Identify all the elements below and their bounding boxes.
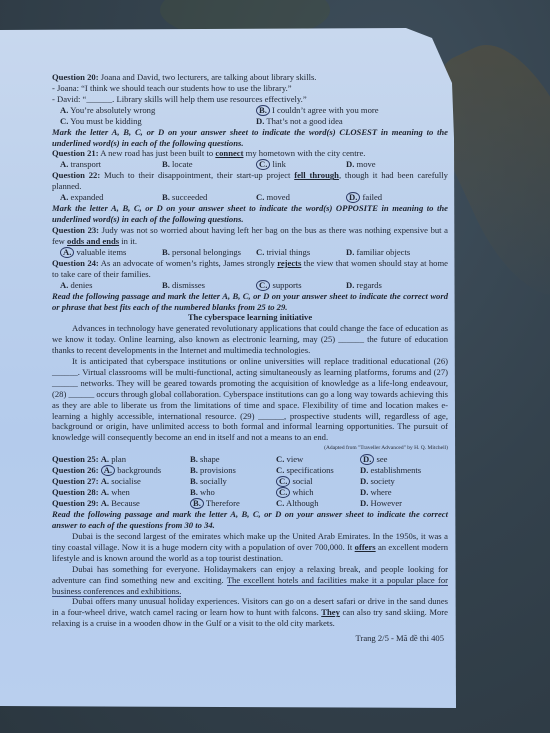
questions-25-29: Question 25: A. planB. shapeC. viewD. se… xyxy=(52,454,448,509)
instruction-opposite: Mark the letter A, B, C, or D on your an… xyxy=(52,203,448,225)
option-a: Question 28: A. when xyxy=(52,487,190,498)
option-d: D. regards xyxy=(346,280,456,291)
option-b: B. shape xyxy=(190,454,276,465)
passage-paragraph: It is anticipated that cyberspace instit… xyxy=(52,356,448,443)
option-d: D. where xyxy=(360,487,460,498)
option-c: C. specifications xyxy=(276,465,360,476)
option-a: A. denies xyxy=(60,280,162,291)
underlined-word: rejects xyxy=(277,258,301,268)
option-c: C. view xyxy=(276,454,360,465)
option-b: B. succeeded xyxy=(162,192,256,203)
question-23: Question 23: Judy was not so worried abo… xyxy=(52,225,448,258)
option-d: D. However xyxy=(360,498,460,509)
option-d: D. move xyxy=(346,159,456,170)
option-d: D. That’s not a good idea xyxy=(256,116,456,127)
passage-paragraph: Advances in technology have generated re… xyxy=(52,323,448,356)
question-row: Question 27: A. socialiseB. sociallyC. s… xyxy=(52,476,448,487)
option-c-circled: C. which xyxy=(276,487,360,498)
option-d: D. society xyxy=(360,476,460,487)
passage-paragraph: Dubai has something for everyone. Holida… xyxy=(52,564,448,597)
question-21: Question 21: A new road has just been bu… xyxy=(52,148,448,170)
option-c-circled: C. supports xyxy=(256,280,346,291)
option-d: D. familiar objects xyxy=(346,247,456,258)
option-a: A. expanded xyxy=(60,192,162,203)
option-c: C. trivial things xyxy=(256,247,346,258)
question-stem: Joana and David, two lecturers, are talk… xyxy=(101,72,317,82)
question-20: Question 20: Joana and David, two lectur… xyxy=(52,72,448,127)
option-a-circled: A. valuable items xyxy=(60,247,162,258)
option-b: B. provisions xyxy=(190,465,276,476)
passage-paragraph: Dubai offers many unusual holiday experi… xyxy=(52,596,448,629)
question-row: Question 28: A. whenB. whoC. whichD. whe… xyxy=(52,487,448,498)
option-d: D. establishments xyxy=(360,465,460,476)
option-a: Question 25: A. plan xyxy=(52,454,190,465)
option-d-circled: D. see xyxy=(360,454,460,465)
option-b: B. dismisses xyxy=(162,280,256,291)
page-footer: Trang 2/5 - Mã đề thi 405 xyxy=(52,633,448,644)
option-a: A. transport xyxy=(60,159,162,170)
question-24: Question 24: As an advocate of women’s r… xyxy=(52,258,448,291)
option-a: A. You’re absolutely wrong xyxy=(60,105,256,116)
option-c-circled: C. social xyxy=(276,476,360,487)
option-b-circled: B. I couldn’t agree with you more xyxy=(256,105,456,116)
question-22: Question 22: Much to their disappointmen… xyxy=(52,170,448,203)
instruction-passage-1: Read the following passage and mark the … xyxy=(52,291,448,313)
option-c: C. moved xyxy=(256,192,346,203)
question-row: Question 29: A. BecauseB. ThereforeC. Al… xyxy=(52,498,448,509)
passage-paragraph: Dubai is the second largest of the emira… xyxy=(52,531,448,564)
option-a-circled: Question 26: A. backgrounds xyxy=(52,465,190,476)
question-row: Question 25: A. planB. shapeC. viewD. se… xyxy=(52,454,448,465)
option-c: C. Although xyxy=(276,498,360,509)
option-c-circled: C. link xyxy=(256,159,346,170)
instruction-closest: Mark the letter A, B, C, or D on your an… xyxy=(52,127,448,149)
underlined-word: They xyxy=(321,607,340,617)
question-row: Question 26: A. backgroundsB. provisions… xyxy=(52,465,448,476)
dialogue-line: - Joana: “I think we should teach our st… xyxy=(52,83,448,94)
option-b: B. personal belongings xyxy=(162,247,256,258)
option-b: B. locate xyxy=(162,159,256,170)
exam-page-content: Question 20: Joana and David, two lectur… xyxy=(52,72,448,644)
dialogue-line: - David: “______. Library skills will he… xyxy=(52,94,448,105)
instruction-passage-2: Read the following passage and mark the … xyxy=(52,509,448,531)
question-label: Question 20: xyxy=(52,72,99,82)
option-a: Question 29: A. Because xyxy=(52,498,190,509)
option-a: Question 27: A. socialise xyxy=(52,476,190,487)
option-d-circled: D. failed xyxy=(346,192,456,203)
option-b: B. socially xyxy=(190,476,276,487)
passage-2: Dubai is the second largest of the emira… xyxy=(52,531,448,629)
underlined-word: odds and ends xyxy=(67,236,119,246)
underlined-word: offers xyxy=(355,542,376,552)
option-b-circled: B. Therefore xyxy=(190,498,276,509)
option-b: B. who xyxy=(190,487,276,498)
passage-source: (Adapted from "Traveller Advanced" by H.… xyxy=(52,443,448,454)
passage-1: The cyberspace learning initiative Advan… xyxy=(52,312,448,454)
option-c: C. You must be kidding xyxy=(60,116,256,127)
passage-title: The cyberspace learning initiative xyxy=(52,312,448,323)
underlined-word: connect xyxy=(215,148,243,158)
underlined-word: fell through xyxy=(294,170,339,180)
